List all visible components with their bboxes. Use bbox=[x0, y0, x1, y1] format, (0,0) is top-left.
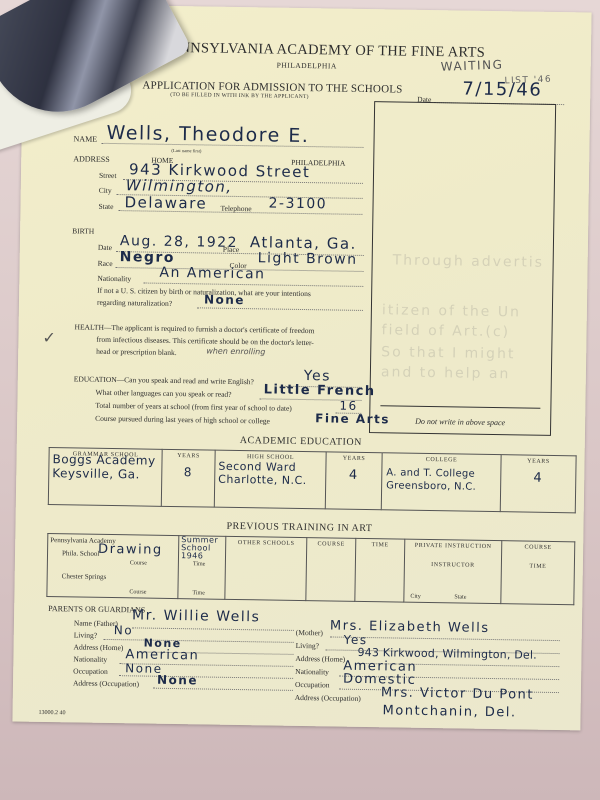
form-instruction: (TO BE FILLED IN WITH INK BY THE APPLICA… bbox=[170, 92, 309, 100]
birth-date-value[interactable]: Aug. 28, 1922 bbox=[120, 233, 238, 251]
grammar-school-cell: Grammar School Boggs Academy Keysville, … bbox=[48, 448, 162, 507]
name-hint: (Last name first) bbox=[171, 148, 201, 153]
phila-course-value[interactable]: Drawing bbox=[98, 542, 163, 558]
office-use-box: Through advertis itizen of the Un field … bbox=[369, 101, 556, 436]
other-course-cell: Course bbox=[306, 538, 356, 602]
address-label: ADDRESS bbox=[73, 154, 110, 164]
mother-living-label: Living? bbox=[296, 641, 319, 650]
mother-occ-address-value-1[interactable]: Mrs. Victor Du Pont bbox=[381, 685, 534, 702]
father-occupation-label: Occupation bbox=[73, 666, 108, 676]
grammar-years-value[interactable]: 8 bbox=[162, 465, 214, 480]
birth-place-label: Place bbox=[223, 245, 239, 254]
grammar-school-location[interactable]: Keysville, Ga. bbox=[52, 466, 155, 482]
telephone-label: Telephone bbox=[220, 204, 251, 213]
birth-date-label: Date bbox=[98, 243, 112, 252]
languages-question: What other languages can you speak or re… bbox=[96, 388, 232, 399]
form-number: 13000.2 40 bbox=[38, 710, 65, 716]
naturalization-value[interactable]: None bbox=[204, 292, 245, 307]
waiting-annotation: WAITING bbox=[441, 57, 504, 73]
other-time-cell: Time bbox=[355, 538, 405, 602]
father-name-label: Name (Father) bbox=[74, 618, 118, 628]
check-mark-icon: ✓ bbox=[42, 328, 56, 347]
color-value[interactable]: Light Brown bbox=[258, 250, 358, 268]
high-years-value[interactable]: 4 bbox=[326, 467, 381, 483]
do-not-write-note: Do not write in above space bbox=[370, 416, 550, 428]
street-label: Street bbox=[99, 171, 117, 180]
mother-living-value[interactable]: Yes bbox=[344, 633, 368, 647]
father-nationality-label: Nationality bbox=[73, 654, 107, 664]
high-years-cell: Years 4 bbox=[325, 452, 382, 510]
english-value[interactable]: Yes bbox=[304, 368, 331, 384]
health-text-1: HEALTH—The applicant is required to furn… bbox=[75, 322, 315, 335]
other-schools-cell: Other Schools bbox=[225, 536, 307, 600]
telephone-value[interactable]: 2-3100 bbox=[268, 195, 327, 212]
mother-occ-address-label: Address (Occupation) bbox=[295, 693, 361, 703]
state-label: State bbox=[98, 202, 113, 211]
college-years-cell: Years 4 bbox=[500, 455, 576, 513]
nationality-label: Nationality bbox=[97, 274, 131, 284]
grammar-years-cell: Years 8 bbox=[161, 449, 215, 507]
father-living-label: Living? bbox=[74, 630, 97, 639]
languages-value[interactable]: Little French bbox=[264, 382, 376, 399]
name-label: NAME bbox=[73, 134, 97, 143]
private-course-cell: Course Time bbox=[501, 541, 575, 605]
college-years-value[interactable]: 4 bbox=[501, 470, 575, 486]
birth-label: BIRTH bbox=[72, 226, 94, 235]
phila-time-cell: Summer School 1946 Time Time bbox=[178, 536, 226, 600]
race-label: Race bbox=[98, 259, 113, 268]
mother-occ-address-value-2[interactable]: Montchanin, Del. bbox=[382, 703, 516, 720]
health-pencil-note: when enrolling bbox=[206, 346, 265, 356]
college-location[interactable]: Greensboro, N.C. bbox=[386, 479, 476, 493]
father-occ-address-value[interactable]: None bbox=[157, 673, 198, 688]
health-text-2: from infectious diseases. This certifica… bbox=[96, 335, 314, 347]
phila-time-value[interactable]: Summer School 1946 bbox=[181, 536, 225, 561]
pa-academy-cell: Pennsylvania Academy Phila. School Drawi… bbox=[47, 534, 179, 599]
nationality-value[interactable]: An American bbox=[159, 265, 265, 283]
course-value[interactable]: Fine Arts bbox=[315, 411, 390, 426]
college-cell: College A. and T. College Greensboro, N.… bbox=[381, 453, 501, 512]
parents-title: PARENTS OR GUARDIANS bbox=[48, 604, 145, 615]
private-instruction-cell: Private Instruction Instructor City Stat… bbox=[404, 539, 502, 604]
years-question: Total number of years at school (from fi… bbox=[95, 401, 292, 413]
mother-address-label: Address (Home) bbox=[295, 654, 345, 664]
high-school-location[interactable]: Charlotte, N.C. bbox=[218, 473, 307, 487]
father-address-label: Address (Home) bbox=[74, 642, 124, 652]
race-value[interactable]: Negro bbox=[120, 249, 176, 266]
course-question: Course pursued during last years of high… bbox=[95, 414, 270, 426]
mother-occupation-label: Occupation bbox=[295, 680, 330, 690]
date-value[interactable]: 7/15/46 bbox=[462, 78, 542, 100]
health-text-3: head or prescription blank. bbox=[96, 347, 177, 357]
mother-name-label: (Mother) bbox=[296, 628, 323, 637]
naturalization-question-2: regarding naturalization? bbox=[97, 298, 172, 308]
state-value[interactable]: Delaware bbox=[124, 193, 207, 212]
father-living-value[interactable]: No bbox=[114, 623, 134, 637]
previous-training-table: Pennsylvania Academy Phila. School Drawi… bbox=[46, 533, 575, 605]
phila-school-label: Phila. School bbox=[62, 549, 99, 558]
mother-nationality-label: Nationality bbox=[295, 667, 329, 677]
name-value[interactable]: Wells, Theodore E. bbox=[106, 122, 309, 147]
academic-education-table: Grammar School Boggs Academy Keysville, … bbox=[48, 447, 577, 513]
english-question: EDUCATION—Can you speak and read and wri… bbox=[74, 374, 254, 386]
high-school-cell: High School Second Ward Charlotte, N.C. bbox=[214, 450, 326, 509]
city-label: City bbox=[99, 186, 112, 195]
father-occ-address-label: Address (Occupation) bbox=[73, 678, 139, 688]
father-name-value[interactable]: Mr. Willie Wells bbox=[132, 607, 261, 625]
chester-springs-label: Chester Springs bbox=[62, 572, 107, 581]
box-divider bbox=[380, 405, 540, 409]
